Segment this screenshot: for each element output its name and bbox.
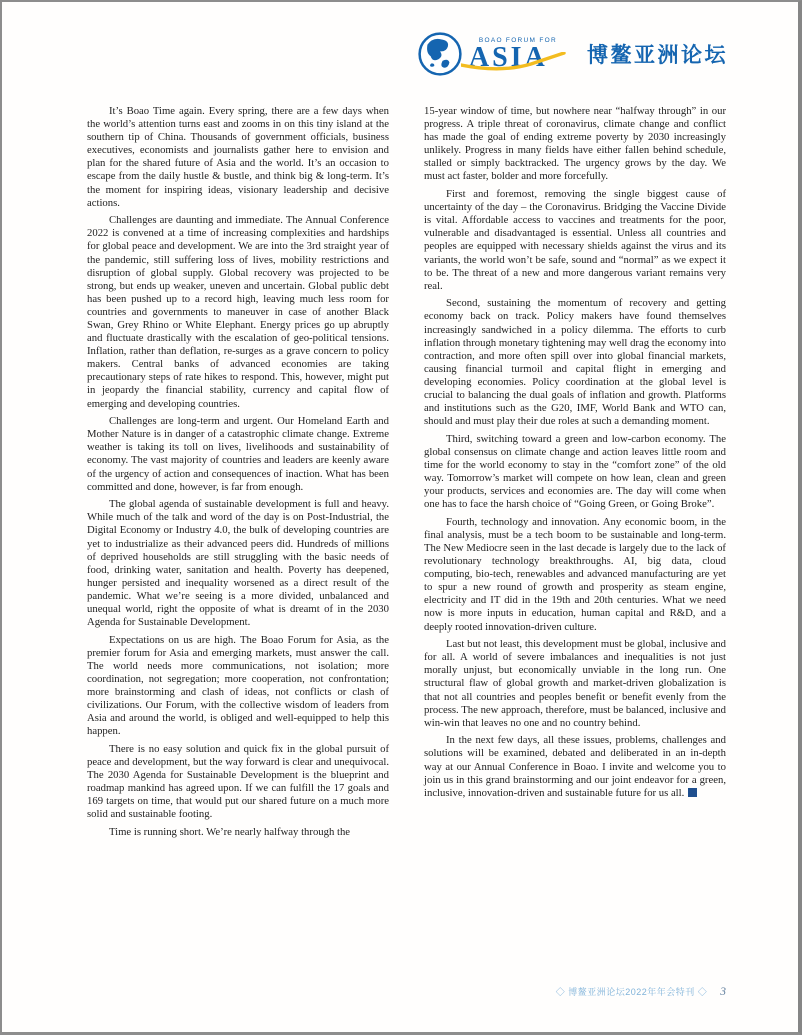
paragraph: It’s Boao Time again. Every spring, ther…	[87, 105, 389, 210]
paragraph: In the next few days, all these issues, …	[424, 734, 726, 799]
page-number: 3	[720, 986, 726, 998]
paragraph: Challenges are long-term and urgent. Our…	[87, 415, 389, 494]
paragraph: Second, sustaining the momentum of recov…	[424, 297, 726, 428]
paragraph-text: In the next few days, all these issues, …	[424, 734, 726, 798]
paragraph: Third, switching toward a green and low-…	[424, 433, 726, 512]
paragraph: 15-year window of time, but nowhere near…	[424, 105, 726, 184]
right-column: 15-year window of time, but nowhere near…	[424, 105, 726, 844]
page-footer: ◇ 博鳌亚洲论坛2022年年会特刊 ◇ 3	[556, 985, 726, 998]
paragraph: Last but not least, this development mus…	[424, 638, 726, 730]
paragraph: Time is running short. We’re nearly half…	[87, 826, 389, 839]
logo-asia-text: ASIA	[469, 45, 548, 71]
paragraph: First and foremost, removing the single …	[424, 188, 726, 293]
magazine-page: BOAO FORUM FOR ASIA 博鳌亚洲论坛 It’s Boao Tim…	[0, 0, 802, 1035]
article-body: It’s Boao Time again. Every spring, ther…	[87, 105, 726, 844]
paragraph: There is no easy solution and quick fix …	[87, 743, 389, 822]
journal-title-label: ◇ 博鳌亚洲论坛2022年年会特刊 ◇	[556, 985, 708, 998]
paragraph: Expectations on us are high. The Boao Fo…	[87, 634, 389, 739]
paragraph: Challenges are daunting and immediate. T…	[87, 214, 389, 410]
page-header: BOAO FORUM FOR ASIA 博鳌亚洲论坛	[87, 28, 728, 80]
logo-chinese-text: 博鳌亚洲论坛	[587, 39, 728, 69]
bfa-logo: BOAO FORUM FOR ASIA 博鳌亚洲论坛	[417, 31, 728, 77]
logo-wordmark: BOAO FORUM FOR ASIA	[469, 37, 557, 71]
globe-icon	[417, 31, 463, 77]
end-of-article-mark	[688, 788, 697, 797]
left-column: It’s Boao Time again. Every spring, ther…	[87, 105, 389, 844]
paragraph: Fourth, technology and innovation. Any e…	[424, 516, 726, 634]
paragraph: The global agenda of sustainable develop…	[87, 498, 389, 629]
